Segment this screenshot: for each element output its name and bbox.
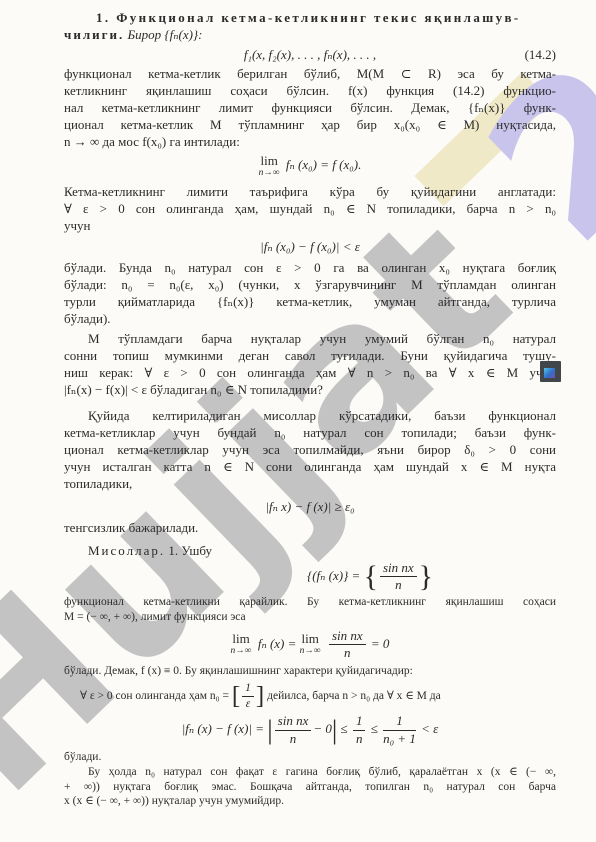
text-line-demak: бўлади. Демак, f (x) ≡ 0. Бу яқинлашишни… — [64, 664, 556, 679]
right-bracket: ] — [256, 683, 264, 710]
text-line: кетликнинг яқинлашиш соҳаси бўлсин. f(x)… — [64, 82, 556, 99]
text-line: |fₙ(x) − f(x)| < ε бўладиган n₀ ∈ N топи… — [64, 381, 556, 398]
abs-bar: | — [267, 715, 272, 745]
paragraph-5: Қуйида келтириладиган мисоллар кўрсатади… — [64, 407, 556, 492]
sequence-definition-equation: {(fₙ (x)} = {sin nxn} — [307, 561, 556, 593]
fraction: 1n₀ + 1 — [383, 714, 416, 746]
text-line: бўлади: n₀ = n₀(ε, x₀) (чунки, x ўзгарув… — [64, 276, 556, 293]
paragraph-4: M тўпламдаги барча нуқталар учун умумий … — [64, 330, 556, 398]
paragraph-2: Кетма-кетликнинг лимити таърифига кўра б… — [64, 183, 556, 234]
left-bracket: [ — [232, 683, 240, 710]
thumbnail-icon-glyph — [544, 368, 555, 378]
inequality-equation-2: |fₙ x) − f (x)| ≥ ε₀ — [64, 498, 556, 515]
fraction: 1ε — [242, 682, 254, 710]
scanned-book-page: Hujjat 24 1. Функционал кетма-кетликнинг… — [0, 0, 596, 842]
examples-heading: Мисоллар. 1. Ушбу — [64, 542, 556, 559]
paragraph-6: функционал кетма-кетликни қарайлик. Бу к… — [64, 595, 556, 625]
text-line: топиладики, — [64, 475, 556, 492]
paragraph-3: бўлади. Бунда n₀ натурал сон ε > 0 га ва… — [64, 259, 556, 327]
text-line: сонни топиш мумкинми деган савол туғилад… — [64, 347, 556, 364]
text-line: n → ∞ да мос f(x₀) га интилади: — [64, 133, 556, 150]
text-line: бўлади). — [64, 310, 556, 327]
text-line: ционал кетма-кетликлар учун эса топилмай… — [64, 441, 556, 458]
text-line: ниш керак: ∀ ε > 0 сон олинганда ҳам ∀ n… — [64, 364, 556, 381]
lim-operator: lim n→∞ — [300, 632, 321, 657]
text-line: Қуйида келтириладиган мисоллар кўрсатади… — [64, 407, 556, 424]
text-line: x (x ∈ (− ∞, + ∞)) нуқталар учун умумийд… — [64, 794, 556, 809]
page-text: 1. Функционал кетма-кетликнинг текис яқи… — [0, 0, 596, 809]
inequality-chain-equation: |fₙ (x) − f (x)| = |sin nxn− 0| ≤ 1n ≤ 1… — [64, 714, 556, 746]
text-line: функционал кетма-кетликни қарайлик. Бу к… — [64, 595, 556, 610]
fraction: sin nxn — [380, 561, 417, 593]
text-line: Бу ҳолда n₀ натурал сон фақат ε гагина б… — [64, 765, 556, 780]
right-brace: } — [419, 559, 433, 592]
lim-operator: lim n→∞ — [231, 632, 252, 657]
text-line: бўлади. Бунда n₀ натурал сон ε > 0 га ва… — [64, 259, 556, 276]
section-heading: 1. Функционал кетма-кетликнинг текис яқи… — [64, 9, 556, 26]
text-line-tengsizlik: тенгсизлик бажарилади. — [64, 519, 556, 536]
text-line: + ∞)) нуқтага боғлиқ эмас. Бошқача айтга… — [64, 780, 556, 795]
text-line-buladi: бўлади. — [64, 750, 556, 765]
equation-14-2: f₁(x, f₂(x), . . . , fₙ(x), . . . , (14.… — [64, 46, 556, 63]
equation-number: (14.2) — [525, 46, 556, 63]
paragraph-1: функционал кетма-кетлик берилган бўлиб, … — [64, 65, 556, 150]
thumbnail-icon — [540, 361, 561, 382]
text-line: M = (− ∞, + ∞), лимит функцияси эса — [64, 610, 556, 625]
text-line: ∀ ε > 0 сон олинганда ҳам, шундай n₀ ∈ N… — [64, 200, 556, 217]
paragraph-7: Бу ҳолда n₀ натурал сон фақат ε гагина б… — [64, 765, 556, 809]
forall-condition-line: ∀ ε > 0 сон олинганда ҳам n₀ = [1ε] дейи… — [64, 682, 556, 710]
text-line: M тўпламдаги барча нуқталар учун умумий … — [64, 330, 556, 347]
text-line: турли қийматларида {fₙ(x)} кетма-кетлик,… — [64, 293, 556, 310]
limit-equation-2: lim n→∞ fₙ (x) = lim n→∞ sin nxn = 0 — [64, 629, 556, 661]
fraction: 1n — [353, 714, 366, 746]
section-heading-continuation: чилиги. Бирор {fₙ(x)}: — [64, 26, 556, 43]
text-line: кетма-кетликлар учун бундай n₀ натурал с… — [64, 424, 556, 441]
text-line: Кетма-кетликнинг лимити таърифига кўра б… — [64, 183, 556, 200]
left-brace: { — [364, 559, 378, 592]
limit-equation-1: lim n→∞ fₙ (x₀) = f (x₀). — [64, 154, 556, 179]
fraction: sin nxn — [329, 629, 366, 661]
text-line: нал кетма-кетликнинг лимит функцияси бўл… — [64, 99, 556, 116]
lim-operator: lim n→∞ — [259, 154, 280, 179]
text-line: учун — [64, 217, 556, 234]
text-line: функционал кетма-кетлик берилган бўлиб, … — [64, 65, 556, 82]
text-line: учун исталган катта n ∈ N сони олинганда… — [64, 458, 556, 475]
text-line: ционал кетма-кетлик M тўпламнинг ҳар бир… — [64, 116, 556, 133]
abs-bar: | — [332, 715, 337, 745]
fraction: sin nxn — [275, 714, 312, 746]
inequality-equation-1: |fₙ (x₀) − f (x₀)| < ε — [64, 238, 556, 255]
